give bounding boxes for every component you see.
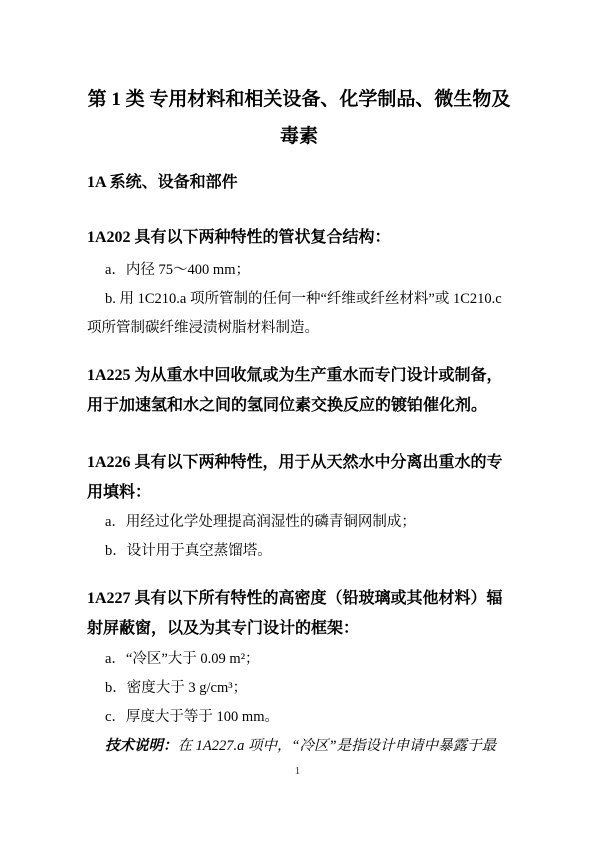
document-title-line-1: 第 1 类 专用材料和相关设备、化学制品、微生物及 — [87, 81, 511, 118]
technical-note-label: 技术说明： — [105, 738, 178, 754]
list-item-a: a．“冷区”大于 0.09 m²； — [87, 645, 511, 674]
entry-heading-line: 1A225 为从重水中回收氚或为生产重水而专门设计或制备， — [87, 361, 511, 391]
list-item-a: a．内径 75～400 mm； — [87, 256, 511, 285]
entry-heading-line: 1A202 具有以下两种特性的管状复合结构： — [87, 223, 511, 253]
page-number: 1 — [0, 765, 595, 777]
entry-items-1A202: a．内径 75～400 mm； b. 用 1C210.a 项所管制的任何一种“纤… — [87, 256, 511, 343]
list-item-b: b．密度大于 3 g/cm³； — [87, 674, 511, 703]
entry-heading-line: 用于加速氢和水之间的氢同位素交换反应的镀铂催化剂。 — [87, 391, 511, 421]
entry-heading-line: 用填料： — [87, 478, 511, 508]
entry-heading-1A227: 1A227 具有以下所有特性的高密度（铅玻璃或其他材料）辐 射屏蔽窗，以及为其专… — [87, 584, 511, 644]
list-item-b-line-2: 项所管制碳纤维浸渍树脂材料制造。 — [87, 314, 511, 343]
page-content: 第 1 类 专用材料和相关设备、化学制品、微生物及 毒素 1A 系统、设备和部件… — [87, 0, 511, 761]
list-item-b-line-1: b. 用 1C210.a 项所管制的任何一种“纤维或纤丝材料”或 1C210.c — [87, 285, 511, 314]
section-heading-1A: 1A 系统、设备和部件 — [87, 168, 511, 197]
entry-heading-line: 射屏蔽窗，以及为其专门设计的框架： — [87, 614, 511, 644]
document-title: 第 1 类 专用材料和相关设备、化学制品、微生物及 毒素 — [87, 81, 511, 155]
list-item-c: c．厚度大于等于 100 mm。 — [87, 703, 511, 732]
entry-heading-1A226: 1A226 具有以下两种特性，用于从天然水中分离出重水的专 用填料： — [87, 448, 511, 508]
entry-heading-1A202: 1A202 具有以下两种特性的管状复合结构： — [87, 223, 511, 253]
technical-note: 技术说明：在 1A227.a 项中，“冷区”是指设计申请中暴露于最 — [87, 732, 511, 761]
entry-items-1A227: a．“冷区”大于 0.09 m²； b．密度大于 3 g/cm³； c．厚度大于… — [87, 645, 511, 732]
document-page: 第 1 类 专用材料和相关设备、化学制品、微生物及 毒素 1A 系统、设备和部件… — [0, 0, 595, 841]
entry-heading-1A225: 1A225 为从重水中回收氚或为生产重水而专门设计或制备， 用于加速氢和水之间的… — [87, 361, 511, 421]
technical-note-text: 在 1A227.a 项中，“冷区”是指设计申请中暴露于最 — [178, 738, 497, 754]
entry-heading-line: 1A226 具有以下两种特性，用于从天然水中分离出重水的专 — [87, 448, 511, 478]
list-item-a: a．用经过化学处理提高润湿性的磷青铜网制成； — [87, 508, 511, 537]
list-item-b: b．设计用于真空蒸馏塔。 — [87, 537, 511, 566]
document-title-line-2: 毒素 — [87, 118, 511, 155]
entry-heading-line: 1A227 具有以下所有特性的高密度（铅玻璃或其他材料）辐 — [87, 584, 511, 614]
entry-items-1A226: a．用经过化学处理提高润湿性的磷青铜网制成； b．设计用于真空蒸馏塔。 — [87, 508, 511, 566]
